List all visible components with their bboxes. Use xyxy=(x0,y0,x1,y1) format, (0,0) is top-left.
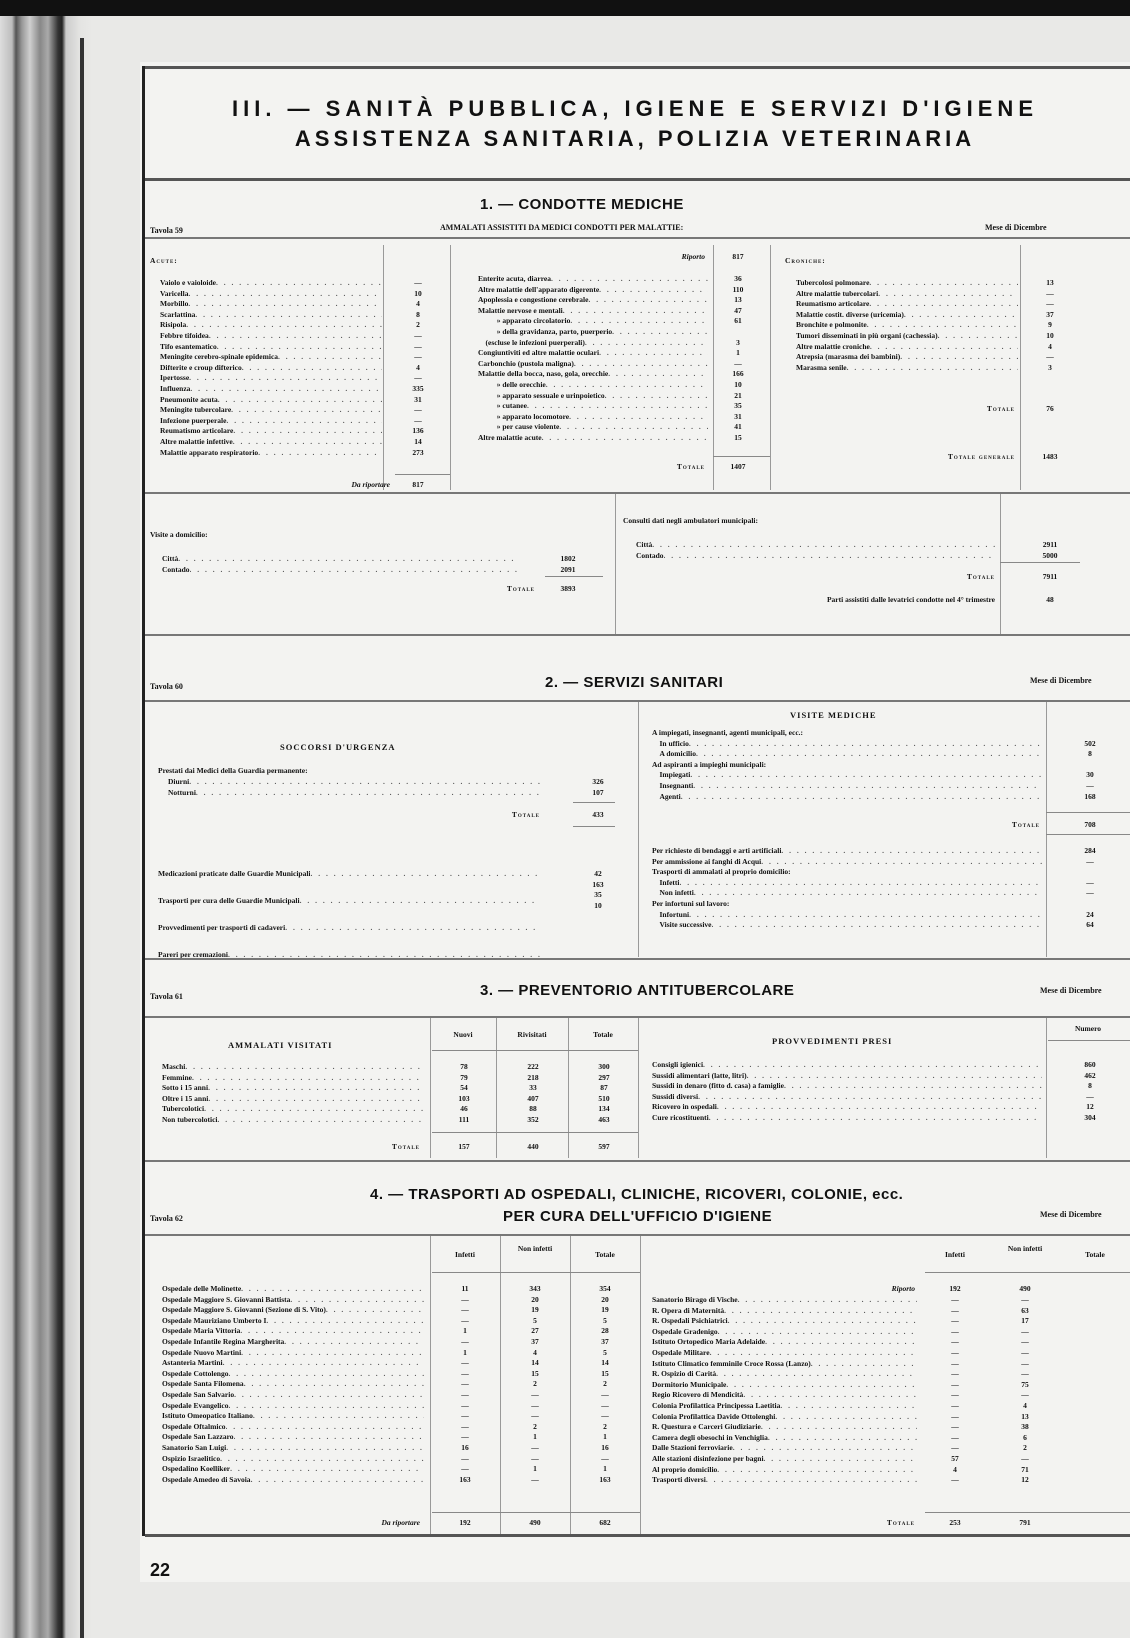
prestati-list: DiurniNotturni xyxy=(168,777,540,798)
cell-value xyxy=(1070,760,1110,771)
list-item: » apparato circolatorio xyxy=(478,316,708,327)
list-item: Risipola xyxy=(160,320,382,331)
list-item: Ospedale Infantile Regina Margherita xyxy=(162,1337,424,1348)
list-item: Oltre i 15 anni xyxy=(162,1094,424,1105)
list-item: Meningite tubercolare xyxy=(160,405,382,416)
list-item: Diurni xyxy=(168,777,540,788)
list-item: Ospedale Cottolengo xyxy=(162,1369,424,1380)
list-item: Maschi xyxy=(162,1062,424,1073)
cell-value: 3 xyxy=(1030,363,1070,374)
cell-value: 35 xyxy=(578,881,618,892)
visite-mediche-list-b: Per richieste di bendaggi e arti artific… xyxy=(652,846,1042,931)
rule xyxy=(1000,562,1080,563)
list-item: Città xyxy=(162,554,518,565)
list-item: Notturni xyxy=(168,788,540,799)
cell-value: — xyxy=(506,1401,564,1412)
cell-value: 13 xyxy=(718,295,758,306)
cell-value: 41 xyxy=(718,422,758,433)
cell-value: 407 xyxy=(502,1094,564,1105)
rule xyxy=(545,576,603,577)
t62-totale-infetti: 253 xyxy=(925,1518,985,1529)
cell-value: 2911 xyxy=(1030,540,1070,551)
visite-mediche-list-a: A impiegati, insegnanti, agenti municipa… xyxy=(652,728,1042,802)
cell-value: — xyxy=(436,1432,494,1443)
cell-value: 103 xyxy=(436,1094,492,1105)
cell-value: 13 xyxy=(995,1412,1055,1423)
cell-value: — xyxy=(995,1348,1055,1359)
cell-value: 304 xyxy=(1070,1113,1110,1124)
cell-value: 27 xyxy=(506,1326,564,1337)
list-item: Ospedale San Salvario xyxy=(162,1390,424,1401)
list-item: » cutanee xyxy=(478,401,708,412)
list-item: Pareri per cremazioni xyxy=(158,941,540,968)
column-divider xyxy=(570,1236,571,1534)
list-item: In ufficio xyxy=(652,739,1042,750)
visite-totale-value: 3893 xyxy=(548,584,588,595)
cell-value: — xyxy=(1030,299,1070,310)
list-item: Difterite e croup difterico xyxy=(160,363,382,374)
list-item: Morbillo xyxy=(160,299,382,310)
totale-values: 354201952837514152———2116—1163 xyxy=(576,1284,634,1485)
list-item: Regio Ricovero di Mendicità xyxy=(652,1390,917,1401)
riporto-non-infetti: 490 xyxy=(995,1284,1055,1295)
cell-value: — xyxy=(925,1412,985,1423)
column-header: Totale xyxy=(568,1030,638,1039)
list-item: Colonia Profilattica Principessa Laetiti… xyxy=(652,1401,917,1412)
mese-label: Mese di Dicembre xyxy=(1040,986,1102,995)
parti-label: Parti assistiti dalle levatrici condotte… xyxy=(640,595,995,604)
acute-values: —10482———4—33531——13614273 xyxy=(398,278,438,458)
cell-value: 1 xyxy=(576,1432,634,1443)
cell-value: 510 xyxy=(574,1094,634,1105)
list-item: Infezione puerperale xyxy=(160,416,382,427)
cell-value: — xyxy=(1030,352,1070,363)
cell-value: 5 xyxy=(576,1316,634,1327)
da-riportare-totale: 682 xyxy=(576,1518,634,1529)
cell-value: 284 xyxy=(1070,846,1110,857)
cell-value: 218 xyxy=(502,1073,564,1084)
cell-value: 107 xyxy=(578,788,618,799)
cell-value: 326 xyxy=(578,777,618,788)
list-item: Dalle Stazioni ferroviarie xyxy=(652,1443,917,1454)
column-header: Nuovi xyxy=(430,1030,496,1039)
list-item: Febbre tifoidea xyxy=(160,331,382,342)
cell-value: 79 xyxy=(436,1073,492,1084)
da-riportare-value: 817 xyxy=(398,480,438,491)
cell-value: 31 xyxy=(398,395,438,406)
list-item: Alle stazioni disinfezione per bagni xyxy=(652,1454,917,1465)
visite-values: 18022091 xyxy=(548,554,588,575)
cell-value: 24 xyxy=(1070,910,1110,921)
cell-value: 31 xyxy=(718,412,758,423)
list-item: Sanatorio San Luigi xyxy=(162,1443,424,1454)
cell-value: 163 xyxy=(576,1475,634,1486)
list-item: Per richieste di bendaggi e arti artific… xyxy=(652,846,1042,857)
cell-value: 54 xyxy=(436,1083,492,1094)
section-title-servizi: 2. — SERVIZI SANITARI xyxy=(545,674,723,691)
cell-value: 343 xyxy=(506,1284,564,1295)
cell-value: 352 xyxy=(502,1115,564,1126)
cell-value: — xyxy=(995,1454,1055,1465)
list-item: Altre malattie croniche xyxy=(796,342,1018,353)
cell-value: — xyxy=(436,1411,494,1422)
cell-value: — xyxy=(436,1464,494,1475)
cell-value: — xyxy=(1070,1092,1110,1103)
cell-value: — xyxy=(436,1379,494,1390)
tavola-label: Tavola 60 xyxy=(150,682,183,691)
cell-value: — xyxy=(925,1369,985,1380)
cell-value: 163 xyxy=(436,1475,494,1486)
cell-value: 9 xyxy=(1030,320,1070,331)
list-item: Sussidi diversi xyxy=(652,1092,1042,1103)
cell-value: — xyxy=(436,1369,494,1380)
rule xyxy=(145,178,1130,181)
column-header: Totale xyxy=(570,1250,640,1259)
cell-value: — xyxy=(1070,878,1110,889)
mese-label: Mese di Dicembre xyxy=(1040,1210,1102,1219)
list-item: Reumatismo articolare xyxy=(160,426,382,437)
cell-value: 87 xyxy=(574,1083,634,1094)
list-item: Ospedale San Lazzaro xyxy=(162,1432,424,1443)
cell-value: — xyxy=(925,1475,985,1486)
cell-value: — xyxy=(925,1380,985,1391)
list-item: Varicella xyxy=(160,289,382,300)
list-item: Medicazioni praticate dalle Guardie Muni… xyxy=(158,860,540,887)
mid-totale-value: 1407 xyxy=(718,462,758,473)
list-item: R. Opera di Maternità xyxy=(652,1306,917,1317)
column-header: Numero xyxy=(1046,1024,1130,1033)
cell-value: 14 xyxy=(506,1358,564,1369)
cell-value: — xyxy=(398,373,438,384)
column-divider xyxy=(713,245,714,490)
cell-value: 354 xyxy=(576,1284,634,1295)
cell-value: 10 xyxy=(718,380,758,391)
list-item: Reumatismo articolare xyxy=(796,299,1018,310)
croniche-list: Tubercolosi polmonareAltre malattie tube… xyxy=(796,278,1018,373)
croniche-values: 13——379104—3 xyxy=(1030,278,1070,373)
rule xyxy=(713,456,770,457)
cell-value: — xyxy=(506,1443,564,1454)
trasporti-list-left: Ospedale delle MolinetteOspedale Maggior… xyxy=(162,1284,424,1485)
cell-value: — xyxy=(398,352,438,363)
list-item: Ospedale Nuovo Martini xyxy=(162,1348,424,1359)
cell-value: 16 xyxy=(576,1443,634,1454)
cell-value: 20 xyxy=(576,1295,634,1306)
t61-totale-nuovi: 157 xyxy=(436,1142,492,1153)
column-divider xyxy=(770,245,771,490)
list-item: Trasporti diversi xyxy=(652,1475,917,1486)
list-item: Istituto Climatico femminile Croce Rossa… xyxy=(652,1359,917,1370)
list-item: » apparato locomotore xyxy=(478,412,708,423)
list-item: Altre malattie dell'apparato digerente xyxy=(478,285,708,296)
riporto-value: 817 xyxy=(718,252,758,263)
cell-value: 2 xyxy=(576,1422,634,1433)
cell-value: 4 xyxy=(398,363,438,374)
visite-header: Visite a domicilio: xyxy=(150,530,450,541)
cell-value: 8 xyxy=(1070,1081,1110,1092)
column-divider xyxy=(450,245,451,490)
list-item: Ospedale Santa Filomena xyxy=(162,1379,424,1390)
rule xyxy=(573,802,615,803)
column-divider xyxy=(430,1018,431,1158)
list-item: Vaiolo e vaioloide xyxy=(160,278,382,289)
list-item: Sussidi in denaro (fitto d. casa) a fami… xyxy=(652,1081,1042,1092)
cell-value: 4 xyxy=(1030,342,1070,353)
rule xyxy=(145,958,1130,960)
provvedimenti-list: Consigli igieniciSussidi alimentari (lat… xyxy=(652,1060,1042,1124)
cell-value: — xyxy=(718,359,758,370)
totale-values: 30029787510134463 xyxy=(574,1062,634,1126)
list-item: Enterite acuta, diarrea xyxy=(478,274,708,285)
list-item: Ospedale Gradenigo xyxy=(652,1327,917,1338)
list-item: Infortuni xyxy=(652,910,1042,921)
list-item: Tubercolosi polmonare xyxy=(796,278,1018,289)
rule xyxy=(432,1272,640,1273)
list-item: Provvedimenti per trasporti di cadaveri xyxy=(158,914,540,941)
cell-value: 168 xyxy=(1070,792,1110,803)
column-divider xyxy=(500,1236,501,1534)
visite-mediche-values-a: 5028 30—168 xyxy=(1070,728,1110,802)
cell-value: 13 xyxy=(1030,278,1070,289)
tavola-label: Tavola 62 xyxy=(150,1214,183,1223)
list-item: Insegnanti xyxy=(652,781,1042,792)
infetti-values: 11———1—1————————16——163 xyxy=(436,1284,494,1485)
list-item: Congiuntiviti ed altre malattie oculari xyxy=(478,348,708,359)
cell-value: 4 xyxy=(506,1348,564,1359)
cell-value: — xyxy=(436,1337,494,1348)
cell-value: — xyxy=(436,1422,494,1433)
cell-value: 110 xyxy=(718,285,758,296)
cell-value: — xyxy=(506,1411,564,1422)
cell-value: 71 xyxy=(995,1465,1055,1476)
column-header: Rivisitati xyxy=(496,1030,568,1039)
cell-value: — xyxy=(436,1305,494,1316)
visite-mediche-values-b: 284— —— 2464 xyxy=(1070,846,1110,931)
rivisitati-values: 2222183340788352 xyxy=(502,1062,564,1126)
list-item: Tubercolotici xyxy=(162,1104,424,1115)
list-item: Istituto Omeopatico Italiano xyxy=(162,1411,424,1422)
cell-value: 5 xyxy=(576,1348,634,1359)
cell-value xyxy=(1070,867,1110,878)
column-divider xyxy=(638,702,639,957)
cell-value: — xyxy=(506,1475,564,1486)
cell-value: 166 xyxy=(718,369,758,380)
list-item: Altre malattie tubercolari xyxy=(796,289,1018,300)
cell-value: 21 xyxy=(718,391,758,402)
list-item: Ricovero in ospedali xyxy=(652,1102,1042,1113)
rule xyxy=(432,1050,638,1051)
list-item: A domicilio xyxy=(652,749,1042,760)
cell-value: — xyxy=(576,1411,634,1422)
cell-value: 1 xyxy=(436,1326,494,1337)
cell-value: 2 xyxy=(398,320,438,331)
infetti-values-right: ———————————————574— xyxy=(925,1295,985,1486)
cell-value: — xyxy=(995,1327,1055,1338)
altri-servizi-values: 421633510 xyxy=(578,860,618,902)
cell-value: 14 xyxy=(398,437,438,448)
visite-mediche-title: VISITE MEDICHE xyxy=(790,710,877,720)
list-item: » per cause violente xyxy=(478,422,708,433)
list-item: Ospedale Maria Vittoria xyxy=(162,1326,424,1337)
cell-value: 28 xyxy=(576,1326,634,1337)
rule xyxy=(145,1234,1130,1236)
consulti-values: 29115000 xyxy=(1030,540,1070,561)
cell-value: 12 xyxy=(995,1475,1055,1486)
page-title-line1: III. — SANITÀ PUBBLICA, IGIENE E SERVIZI… xyxy=(140,96,1130,122)
cell-value: 5 xyxy=(506,1316,564,1327)
cell-value: 10 xyxy=(398,289,438,300)
column-header: Infetti xyxy=(430,1250,500,1259)
cell-value: 42 xyxy=(578,860,618,871)
column-divider xyxy=(1000,494,1001,634)
column-divider xyxy=(496,1018,497,1158)
cell-value: — xyxy=(576,1390,634,1401)
cell-value: 19 xyxy=(576,1305,634,1316)
cell-value: 35 xyxy=(718,401,758,412)
list-item: Consigli igienici xyxy=(652,1060,1042,1071)
list-item: Malattie della bocca, naso, gola, orecch… xyxy=(478,369,708,380)
cell-value: — xyxy=(436,1295,494,1306)
mid-totale-label: Totale xyxy=(600,462,705,471)
non-infetti-values: 343201952737414152———21——1— xyxy=(506,1284,564,1485)
cell-value: — xyxy=(1070,781,1110,792)
list-item: Malattie apparato respiratorio xyxy=(160,448,382,459)
da-riportare-label: Da riportare xyxy=(280,480,390,489)
riporto-label: Riporto xyxy=(800,1284,915,1293)
mid-values: 36110134761 31—166102135314115 xyxy=(718,274,758,444)
cell-value: 11 xyxy=(436,1284,494,1295)
cell-value: — xyxy=(576,1401,634,1412)
rule xyxy=(1046,812,1130,813)
cell-value: 10 xyxy=(1030,331,1070,342)
cell-value: 12 xyxy=(1070,1102,1110,1113)
cell-value: 297 xyxy=(574,1073,634,1084)
list-item: Impiegati xyxy=(652,770,1042,781)
cell-value: 19 xyxy=(506,1305,564,1316)
mese-label: Mese di Dicembre xyxy=(1030,676,1092,685)
cell-value: 860 xyxy=(1070,1060,1110,1071)
visite-list: CittàContado xyxy=(162,554,518,575)
cell-value xyxy=(718,327,758,338)
mid-disease-list: Enterite acuta, diarreaAltre malattie de… xyxy=(478,274,708,444)
croniche-totale-value: 76 xyxy=(1030,404,1070,415)
cell-value: — xyxy=(576,1454,634,1465)
cell-value: 78 xyxy=(436,1062,492,1073)
cell-value: — xyxy=(1070,888,1110,899)
list-item: Per ammissione ai fanghi di Acqui xyxy=(652,857,1042,868)
list-item: Sussidi alimentari (latte, litri) xyxy=(652,1071,1042,1082)
cell-value: — xyxy=(995,1295,1055,1306)
cell-value: 15 xyxy=(718,433,758,444)
list-item: R. Ospizio di Carità xyxy=(652,1369,917,1380)
rule xyxy=(573,826,615,827)
parti-value: 48 xyxy=(1030,595,1070,606)
cell-value: 63 xyxy=(995,1306,1055,1317)
list-item: Malattie nervose e mentali xyxy=(478,306,708,317)
croniche-header: Croniche: xyxy=(785,256,1015,267)
totale-generale-label: Totale generale xyxy=(880,452,1015,461)
column-divider xyxy=(383,245,384,490)
cell-value: — xyxy=(925,1401,985,1412)
cell-value: 134 xyxy=(574,1104,634,1115)
list-item: » apparato sessuale e urinpoietico xyxy=(478,391,708,402)
list-item: Ospedale Evangelico xyxy=(162,1401,424,1412)
cell-value: 64 xyxy=(1070,920,1110,931)
tavola-label: Tavola 59 xyxy=(150,226,183,235)
list-item: Non tubercolotici xyxy=(162,1115,424,1126)
list-item: Meningite cerebro-spinale epidemica xyxy=(160,352,382,363)
list-item: A impiegati, insegnanti, agenti municipa… xyxy=(652,728,1042,739)
cell-value: — xyxy=(925,1390,985,1401)
consulti-totale-label: Totale xyxy=(880,572,995,581)
list-item: Trasporti di ammalati al proprio domicil… xyxy=(652,867,1042,878)
binding-edge xyxy=(80,38,84,1638)
cell-value: — xyxy=(398,278,438,289)
totale-generale-value: 1483 xyxy=(1030,452,1070,463)
cell-value: 4 xyxy=(398,299,438,310)
list-item: R. Ospedali Psichiatrici xyxy=(652,1316,917,1327)
cell-value: 4 xyxy=(995,1401,1055,1412)
list-item: Contado xyxy=(162,565,518,576)
list-item: Ospedale Militare xyxy=(652,1348,917,1359)
prestati-totale-value: 433 xyxy=(578,810,618,821)
cell-value: 33 xyxy=(502,1083,564,1094)
soccorsi-title: SOCCORSI D'URGENZA xyxy=(280,742,396,752)
cell-value: 88 xyxy=(502,1104,564,1115)
list-item: Agenti xyxy=(652,792,1042,803)
visite-totale-label: Totale xyxy=(420,584,535,593)
section-title-preventorio: 3. — PREVENTORIO ANTITUBERCOLARE xyxy=(480,982,794,999)
list-item: Ospedalino Koelliker xyxy=(162,1464,424,1475)
list-item: Apoplessia e congestione cerebrale xyxy=(478,295,708,306)
list-item: Altre malattie acute xyxy=(478,433,708,444)
cell-value: 222 xyxy=(502,1062,564,1073)
cell-value: 30 xyxy=(1070,770,1110,781)
cell-value: 5000 xyxy=(1030,551,1070,562)
cell-value: 3 xyxy=(718,338,758,349)
column-header: Infetti xyxy=(920,1250,990,1259)
cell-value: — xyxy=(398,331,438,342)
acute-header: Acute: xyxy=(150,256,380,267)
rule xyxy=(1048,1040,1130,1041)
cell-value xyxy=(1070,728,1110,739)
list-item: Colonia Profilattica Davide Ottolenghi xyxy=(652,1412,917,1423)
rule xyxy=(145,237,1130,239)
column-divider xyxy=(1046,702,1047,957)
consulti-totale-value: 7911 xyxy=(1030,572,1070,583)
page-left-rule xyxy=(142,66,145,1536)
cell-value: 38 xyxy=(995,1422,1055,1433)
cell-value: — xyxy=(925,1327,985,1338)
list-item: Sotto i 15 anni xyxy=(162,1083,424,1094)
cell-value: 300 xyxy=(574,1062,634,1073)
cell-value: — xyxy=(398,416,438,427)
cell-value: — xyxy=(925,1359,985,1370)
cell-value: 2091 xyxy=(548,565,588,576)
list-item: Femmine xyxy=(162,1073,424,1084)
cell-value: 57 xyxy=(925,1454,985,1465)
non-infetti-values-right: —6317—————75—4133862—7112 xyxy=(995,1295,1055,1486)
croniche-totale-label: Totale xyxy=(900,404,1015,413)
list-item: Atrepsia (marasma dei bambini) xyxy=(796,352,1018,363)
rule xyxy=(925,1512,1130,1513)
rule xyxy=(145,492,1130,494)
cell-value: 463 xyxy=(574,1115,634,1126)
riporto-label: Riporto xyxy=(600,252,705,261)
rule xyxy=(395,474,450,475)
list-item: » delle orecchie xyxy=(478,380,708,391)
scan-top-border xyxy=(0,0,1130,16)
